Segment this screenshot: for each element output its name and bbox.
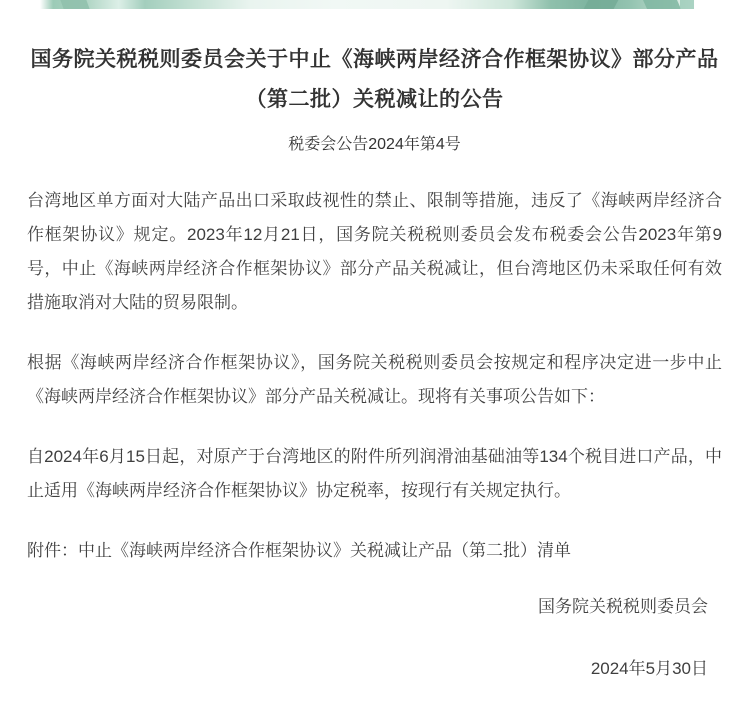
issuer-signature: 国务院关税税则委员会: [27, 590, 708, 624]
banner-leaf-icon: [643, 0, 681, 9]
header-banner: [0, 0, 749, 10]
banner-leaf-icon: [60, 0, 89, 9]
banner-leaf-icon: [680, 0, 694, 9]
body-paragraph-2: 根据《海峡两岸经济合作框架协议》，国务院关税税则委员会按规定和程序决定进一步中止…: [27, 346, 722, 414]
banner-leaf-icon: [584, 0, 619, 9]
body-paragraph-1: 台湾地区单方面对大陆产品出口采取歧视性的禁止、限制等措施，违反了《海峡两岸经济合…: [27, 184, 722, 320]
doc-number: 税委会公告2024年第4号: [27, 132, 722, 158]
attachment-line: 附件：中止《海峡两岸经济合作框架协议》关税减让产品（第二批）清单: [27, 534, 722, 568]
page-title: 国务院关税税则委员会关于中止《海峡两岸经济合作框架协议》部分产品（第二批）关税减…: [27, 40, 722, 120]
announcement-document: 国务院关税税则委员会关于中止《海峡两岸经济合作框架协议》部分产品（第二批）关税减…: [0, 40, 749, 686]
signature-block: 国务院关税税则委员会 2024年5月30日: [27, 590, 708, 686]
body-paragraph-3: 自2024年6月15日起，对原产于台湾地区的附件所列润滑油基础油等134个税目进…: [27, 440, 722, 508]
issue-date: 2024年5月30日: [27, 652, 708, 686]
